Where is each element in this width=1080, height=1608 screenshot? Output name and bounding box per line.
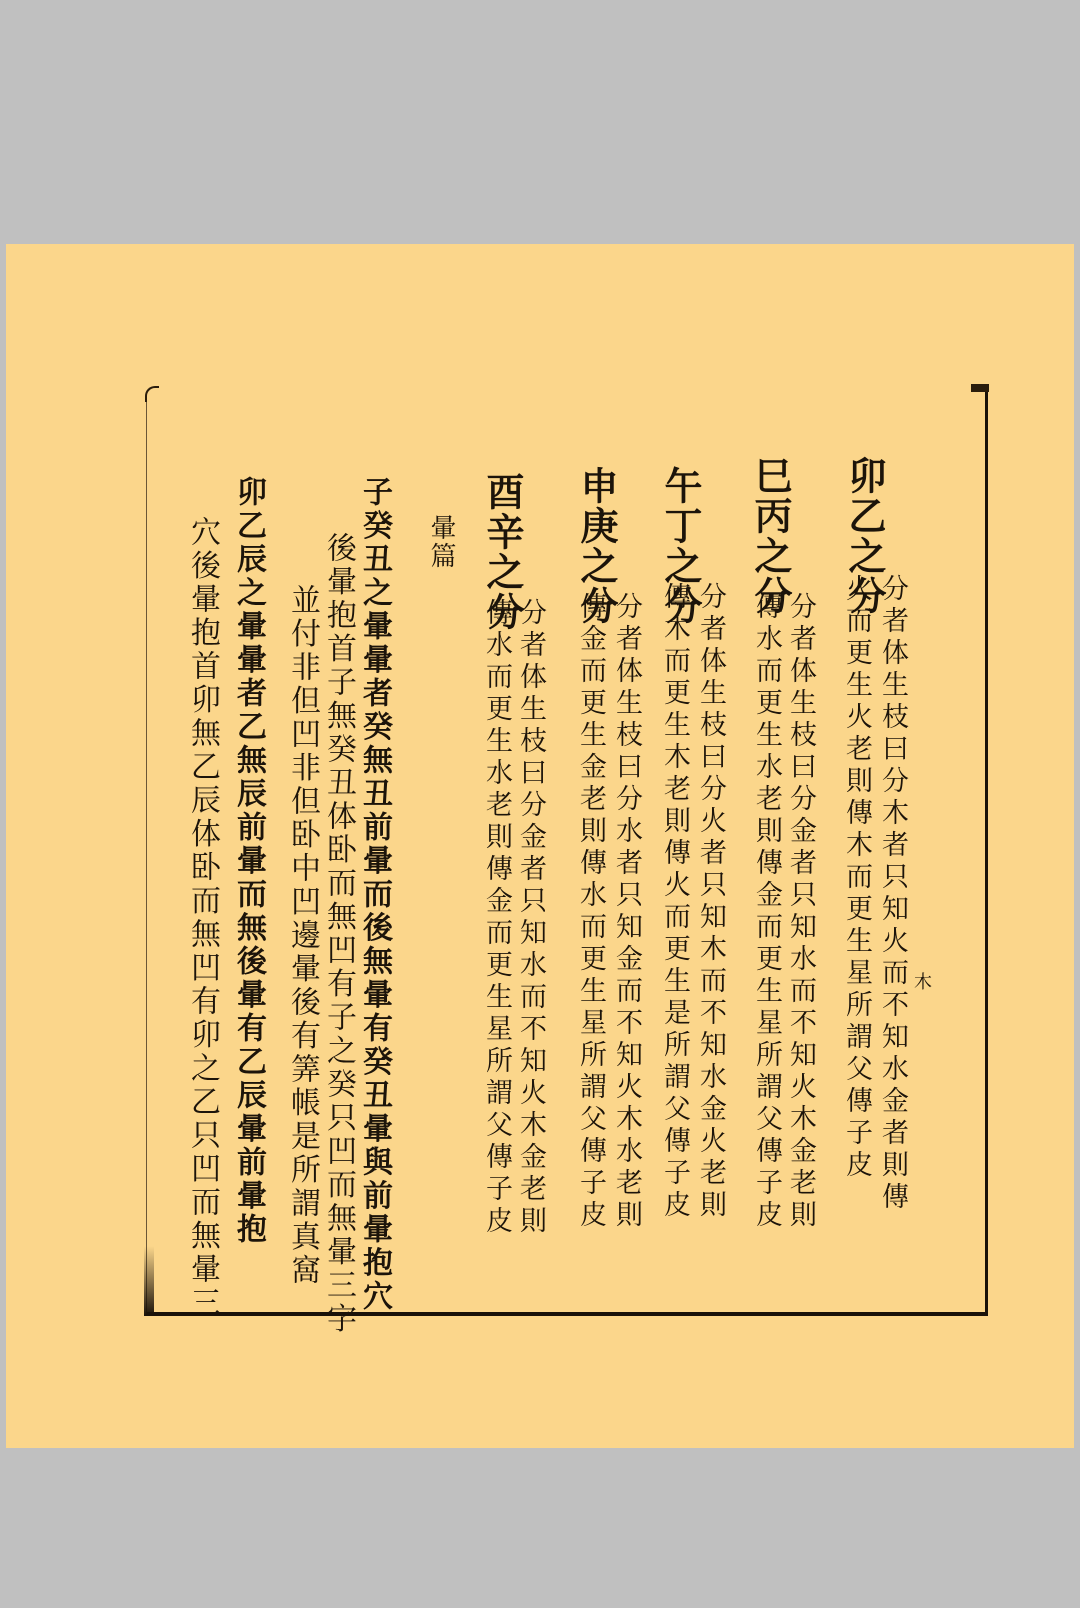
section-line: 傳水而更生水老則傳金而更生星所謂父傳子皮	[750, 592, 782, 1232]
chapter-line: 並付非但凹非但卧中凹邊暈後有筭帳是所謂真窩	[286, 584, 318, 1288]
chapter-line: 穴後暈抱首卯無乙辰体卧而無凹有卯之乙只凹而無暈三	[186, 516, 218, 1320]
section-line: 分者体生枝曰分金者只知水而不知火木金老則	[514, 598, 546, 1238]
manuscript-page: 卯乙之分 分者体生枝曰分木者只知火而不知水金者則傳 火而更生火老則傳木而更生星所…	[6, 244, 1074, 1448]
section-line: 傳水而更生水老則傳金而更生星所謂父傳子皮	[480, 598, 512, 1238]
chapter-line: 後暈抱首子無癸丑体卧而無凹有子之癸只凹而無暈三字	[322, 532, 354, 1336]
corner-ink-mark	[971, 384, 989, 392]
section-line: 分者体生枝曰分金者只知水而不知火木金老則	[784, 592, 816, 1232]
margin-annotation: 木	[914, 968, 932, 994]
section-line: 分者体生枝曰分木者只知火而不知水金者則傳	[876, 574, 908, 1214]
chapter-title: 暈篇	[426, 514, 456, 570]
chapter-line: 子癸丑之暈暈者癸無丑前暈而後無暈有癸丑暈與前暈抱穴	[358, 476, 390, 1314]
section-line: 分者体生枝曰分火者只知木而不知水金火老則	[694, 582, 726, 1222]
section-line: 傳木而更生木老則傳火而更生是所謂父傳子皮	[658, 582, 690, 1222]
section-line: 分者体生枝曰分水者只知金而不知火木水老則	[610, 592, 642, 1232]
chapter-line: 卯乙辰之暈暈者乙無辰前暈而無後暈有乙辰暈前暈抱	[232, 476, 264, 1247]
section-line: 火而更生火老則傳木而更生星所謂父傳子皮	[840, 574, 872, 1182]
section-line: 傳金而更生金老則傳水而更生星所謂父傳子皮	[574, 592, 606, 1232]
